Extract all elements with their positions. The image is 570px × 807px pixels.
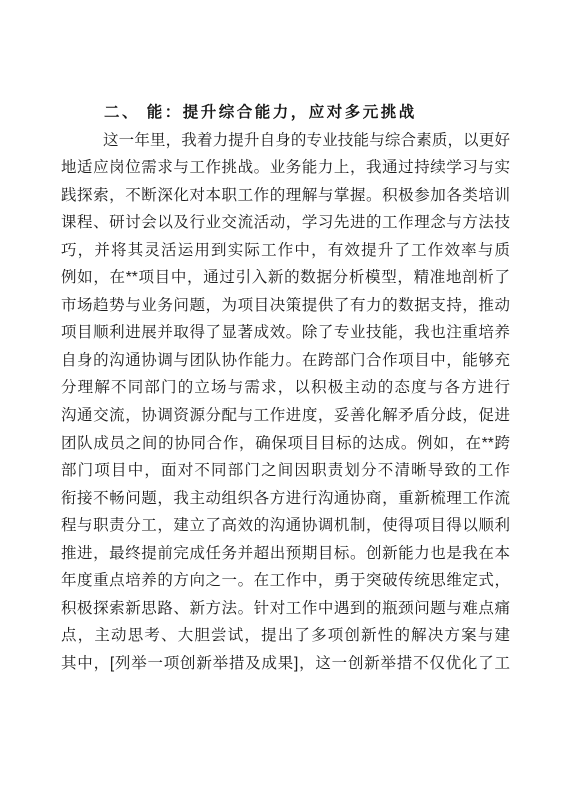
- text-line: 项目顺利进展并取得了显著成效。除了专业技能，我也注重培养: [61, 319, 510, 347]
- text-line: 推进，最终提前完成任务并超出预期目标。创新能力也是我在本: [61, 540, 510, 568]
- text-line: 巧，并将其灵活运用到实际工作中，有效提升了工作效率与质量。: [61, 237, 510, 265]
- text-line: 市场趋势与业务问题，为项目决策提供了有力的数据支持，推动: [61, 292, 510, 320]
- text-line: 沟通交流，协调资源分配与工作进度，妥善化解矛盾分歧，促进: [61, 402, 510, 430]
- text-line: 部门项目中，面对不同部门之间因职责划分不清晰导致的工作: [61, 457, 510, 485]
- text-line: 其中，[列举一项创新举措及成果]，这一创新举措不仅优化了工: [61, 650, 510, 678]
- text-line: 自身的沟通协调与团队协作能力。在跨部门合作项目中，能够充: [61, 347, 510, 375]
- text-line: 程与职责分工，建立了高效的沟通协调机制，使得项目得以顺利: [61, 512, 510, 540]
- text-line: 衔接不畅问题，我主动组织各方进行沟通协商，重新梳理工作流: [61, 485, 510, 513]
- text-line: 积极探索新思路、新方法。针对工作中遇到的瓶颈问题与难点痛: [61, 595, 510, 623]
- text-line: 这一年里，我着力提升自身的专业技能与综合素质，以更好: [61, 127, 510, 155]
- text-line: 践探索，不断深化对本职工作的理解与掌握。积极参加各类培训: [61, 182, 510, 210]
- text-line: 地适应岗位需求与工作挑战。业务能力上，我通过持续学习与实: [61, 154, 510, 182]
- section-heading: 二、 能：提升综合能力，应对多元挑战: [61, 99, 510, 127]
- text-line: 年度重点培养的方向之一。在工作中，勇于突破传统思维定式，: [61, 567, 510, 595]
- text-line: 例如，在**项目中，通过引入新的数据分析模型，精准地剖析了: [61, 264, 510, 292]
- text-line: 点，主动思考、大胆尝试，提出了多项创新性的解决方案与建议。: [61, 622, 510, 650]
- text-line: 团队成员之间的协同合作，确保项目目标的达成。例如，在**跨: [61, 430, 510, 458]
- document-page: 二、 能：提升综合能力，应对多元挑战 这一年里，我着力提升自身的专业技能与综合素…: [0, 0, 570, 807]
- text-block: 二、 能：提升综合能力，应对多元挑战 这一年里，我着力提升自身的专业技能与综合素…: [61, 99, 510, 677]
- text-line: 课程、研讨会以及行业交流活动，学习先进的工作理念与方法技: [61, 209, 510, 237]
- text-line: 分理解不同部门的立场与需求，以积极主动的态度与各方进行: [61, 374, 510, 402]
